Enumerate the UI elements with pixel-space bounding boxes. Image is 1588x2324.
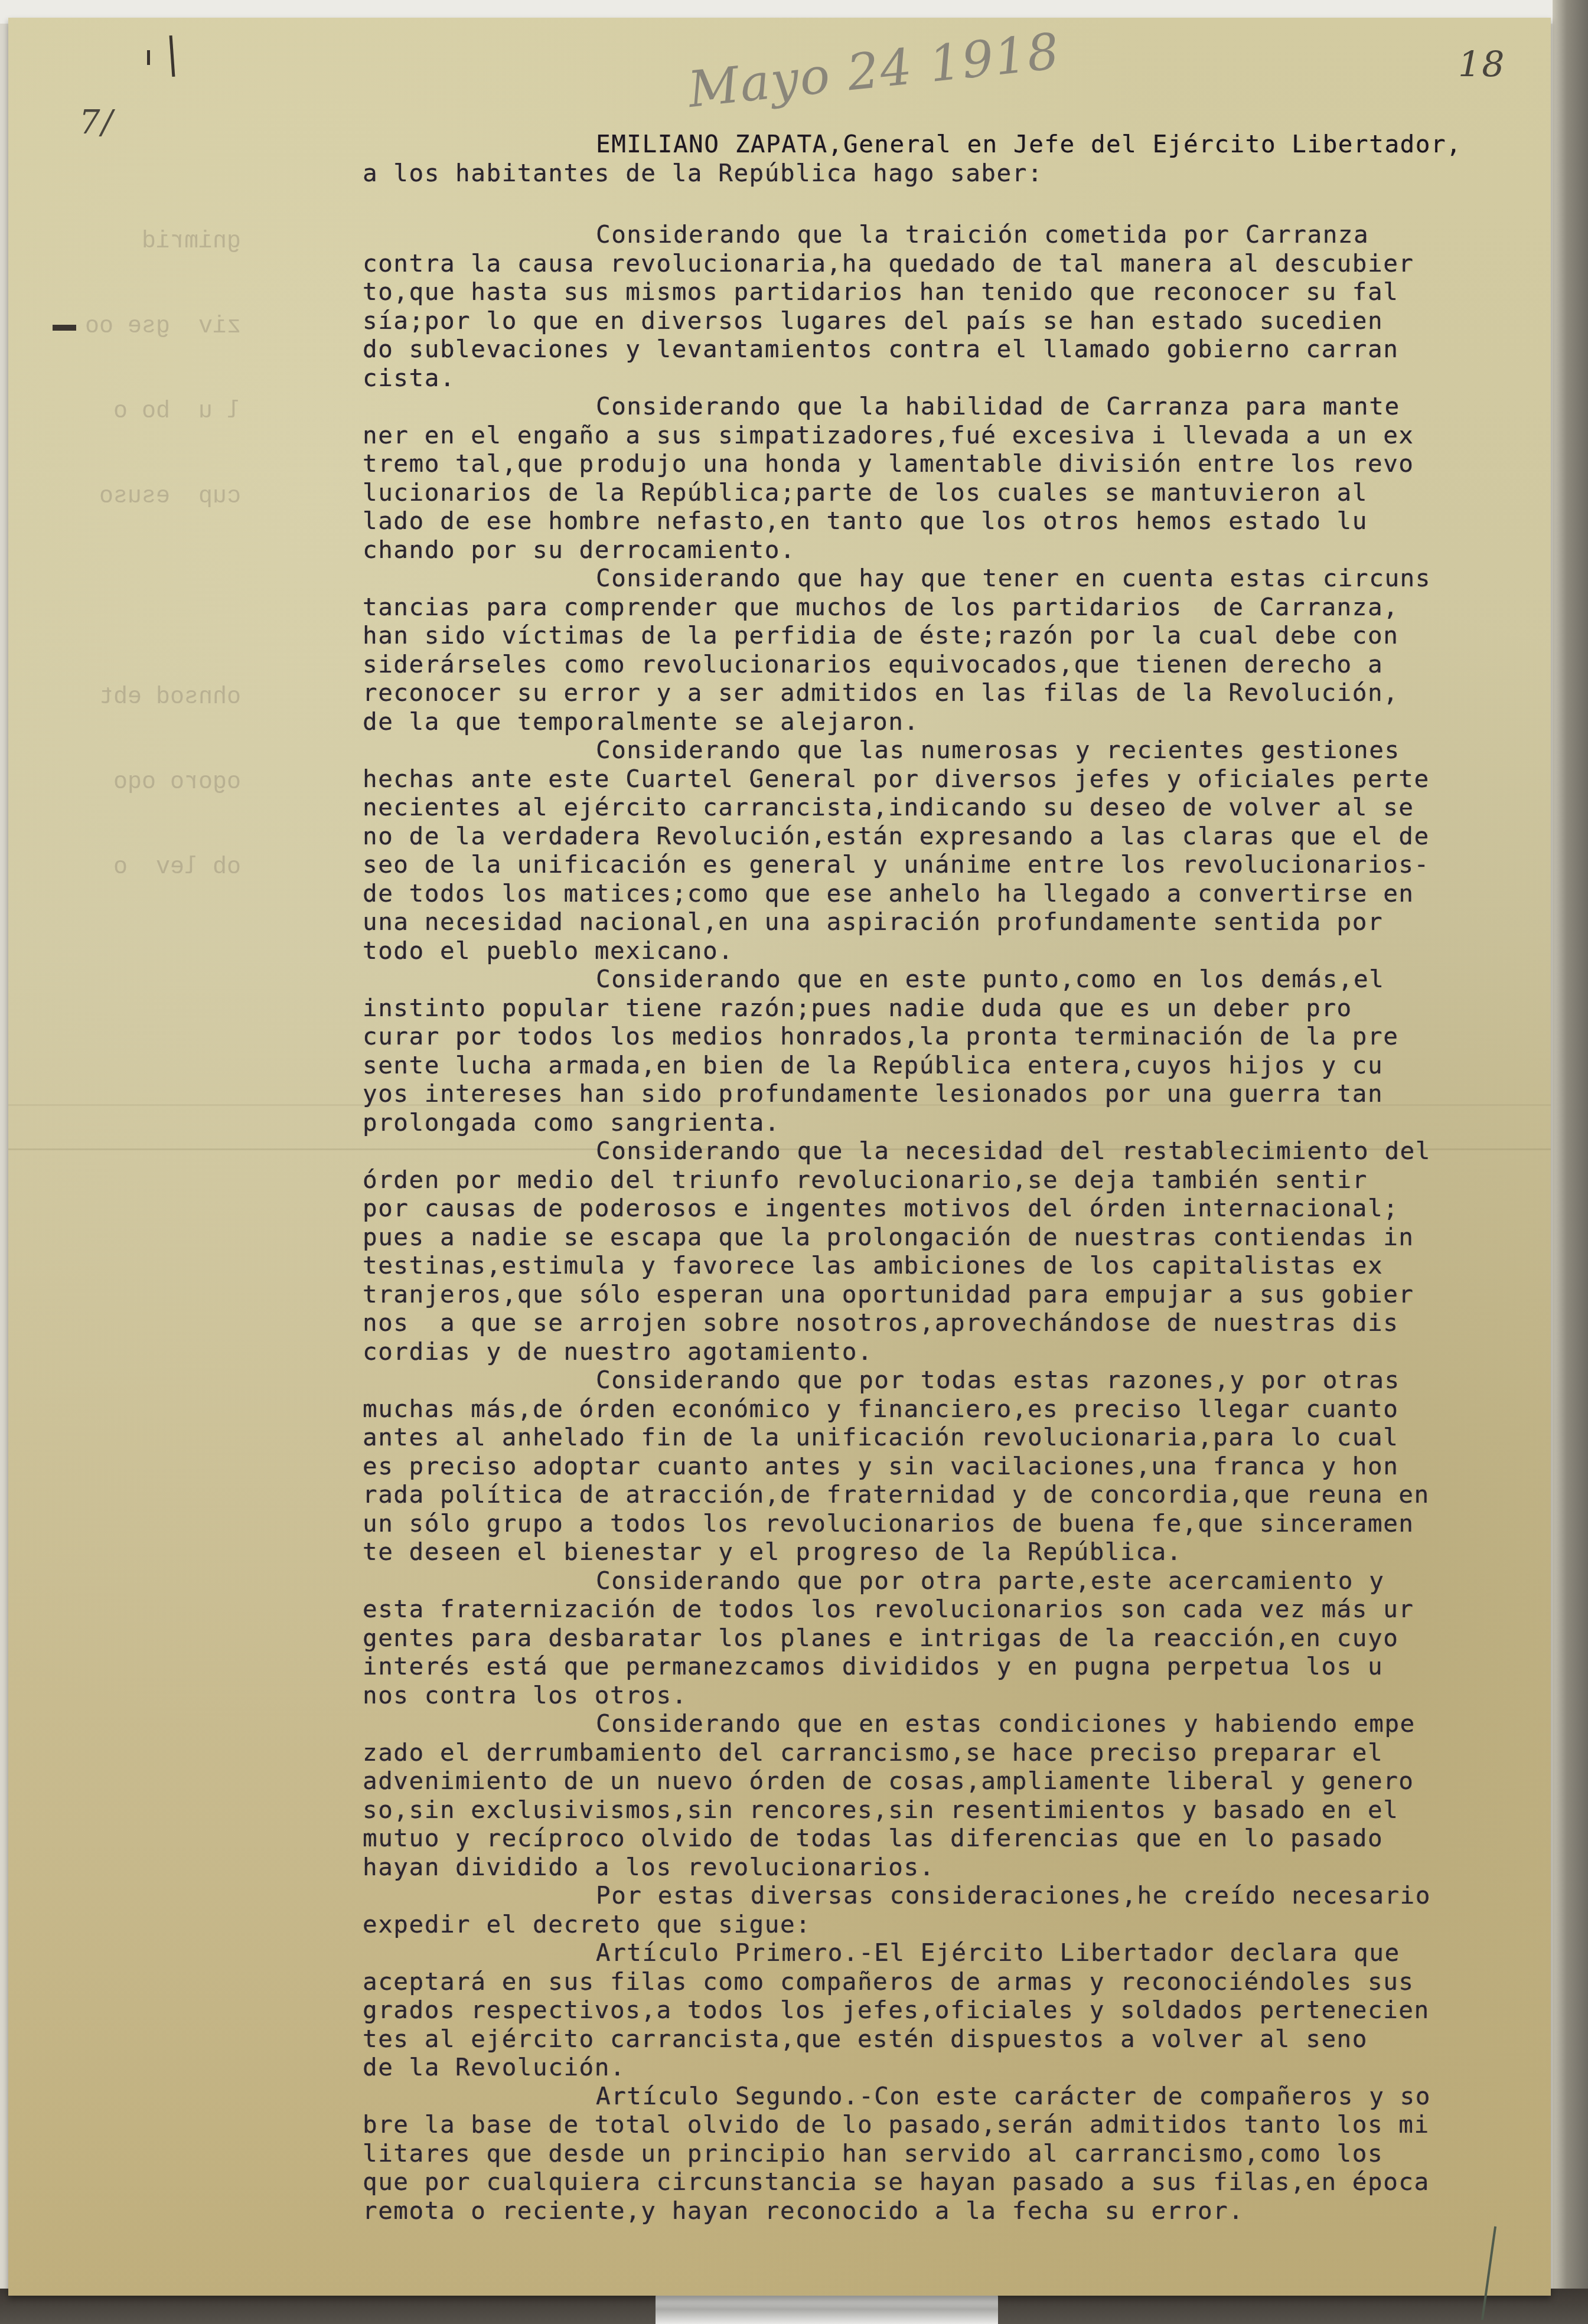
paragraph-first-line: Artículo Segundo.-Con este carácter de c…	[363, 2082, 1573, 2111]
text-line: chando por su derrocamiento.	[363, 536, 1573, 564]
heading-line-2: a los habitantes de la República hago sa…	[363, 159, 1573, 188]
text-line: todo el pueblo mexicano.	[363, 936, 1573, 965]
text-line: aceptará en sus filas como compañeros de…	[363, 1967, 1573, 1996]
text-line: cista.	[363, 364, 1573, 393]
text-line: seo de la unificación es general y unáni…	[363, 850, 1573, 879]
text-line: mutuo y recíproco olvido de todas las di…	[363, 1824, 1573, 1853]
text-line: de la Revolución.	[363, 2053, 1573, 2082]
text-line: curar por todos los medios honrados,la p…	[363, 1022, 1573, 1051]
text-line: contra la causa revolucionaria,ha quedad…	[363, 249, 1573, 278]
text-line: una necesidad nacional,en una aspiración…	[363, 908, 1573, 936]
text-line: no de la verdadera Revolución,están expr…	[363, 822, 1573, 851]
paragraph-first-line: Considerando que hay que tener en cuenta…	[363, 564, 1573, 593]
scanned-document: Mayo 24 1918 18 7/ gnimrid ziv gse oo l …	[0, 0, 1588, 2324]
typed-decree-body: EMILIANO ZAPATA,General en Jefe del Ejér…	[363, 130, 1573, 2225]
text-line: rada política de atracción,de fraternida…	[363, 1480, 1573, 1509]
text-line: hayan dividido a los revolucionarios.	[363, 1853, 1573, 1882]
text-line: lucionarios de la República;parte de los…	[363, 478, 1573, 507]
text-line: siderárseles como revolucionarios equivo…	[363, 650, 1573, 679]
bleed-line: ogoro oqo	[85, 769, 241, 797]
text-line: de todos los matices;como que ese anhelo…	[363, 879, 1573, 908]
text-line: muchas más,de órden económico y financie…	[363, 1395, 1573, 1424]
text-line: do sublevaciones y levantamientos contra…	[363, 335, 1573, 364]
text-line: necientes al ejército carrancista,indica…	[363, 793, 1573, 822]
handwritten-page-number: 18	[1458, 44, 1505, 86]
text-line: tremo tal,que produjo una honda y lament…	[363, 449, 1573, 478]
text-line: nos a que se arrojen sobre nosotros,apro…	[363, 1308, 1573, 1337]
paragraph-first-line: Considerando que en estas condiciones y …	[363, 1709, 1573, 1738]
text-line: sía;por lo que en diversos lugares del p…	[363, 306, 1573, 335]
bleed-line: gnimrid	[85, 228, 241, 256]
text-line: expedir el decreto que sigue:	[363, 1910, 1573, 1939]
handwritten-date: Mayo 24 1918	[686, 22, 1063, 119]
paragraph-first-line: Considerando que la traición cometida po…	[363, 220, 1573, 249]
text-line: tranjeros,que sólo esperan una oportunid…	[363, 1280, 1573, 1309]
margin-ink-mark	[53, 325, 76, 331]
decree-paragraphs: Considerando que la traición cometida po…	[363, 220, 1573, 2225]
bleed-line: ob lev o	[85, 854, 241, 882]
text-line: un sólo grupo a todos los revolucionario…	[363, 1509, 1573, 1538]
text-line: te deseen el bienestar y el progreso de …	[363, 1538, 1573, 1566]
text-line: ner en el engaño a sus simpatizadores,fu…	[363, 421, 1573, 450]
paper-sheet: Mayo 24 1918 18 7/ gnimrid ziv gse oo l …	[8, 18, 1551, 2296]
text-line: remota o reciente,y hayan reconocido a l…	[363, 2196, 1573, 2225]
paragraph-first-line: Por estas diversas consideraciones,he cr…	[363, 1881, 1573, 1910]
heading-line-1: EMILIANO ZAPATA,General en Jefe del Ejér…	[363, 130, 1573, 159]
text-line: de la que temporalmente se alejaron.	[363, 707, 1573, 736]
bleed-through-text: gnimrid ziv gse oo l u bo o cup esuso oh…	[85, 171, 241, 939]
text-line: es preciso adoptar cuanto antes y sin va…	[363, 1452, 1573, 1481]
text-line: to,que hasta sus mismos partidarios han …	[363, 278, 1573, 306]
margin-ink-mark	[169, 35, 175, 77]
text-line: prolongada como sangrienta.	[363, 1108, 1573, 1137]
text-line: gentes para desbaratar los planes e intr…	[363, 1624, 1573, 1653]
text-line: so,sin exclusivismos,sin rencores,sin re…	[363, 1796, 1573, 1824]
text-line: pues a nadie se escapa que la prolongaci…	[363, 1223, 1573, 1252]
text-line: lado de ese hombre nefasto,en tanto que …	[363, 507, 1573, 536]
text-line: interés está que permanezcamos divididos…	[363, 1652, 1573, 1681]
text-line: antes al anhelado fin de la unificación …	[363, 1423, 1573, 1452]
handwritten-folio-mark: 7/	[79, 103, 114, 142]
text-line: por causas de poderosos e ingentes motiv…	[363, 1194, 1573, 1223]
text-line: esta fraternización de todos los revoluc…	[363, 1595, 1573, 1624]
paragraph-first-line: Considerando que por todas estas razones…	[363, 1366, 1573, 1395]
paragraph-first-line: Considerando que por otra parte,este ace…	[363, 1566, 1573, 1595]
bleed-line: l u bo o	[85, 398, 241, 426]
text-line: han sido víctimas de la perfidia de éste…	[363, 621, 1573, 650]
text-line: reconocer su error y a ser admitidos en …	[363, 678, 1573, 707]
paragraph-first-line: Considerando que la necesidad del restab…	[363, 1137, 1573, 1166]
bleed-line: cup esuso	[85, 483, 241, 511]
text-line: tancias para comprender que muchos de lo…	[363, 593, 1573, 622]
bleed-line: ohnsod ebt	[85, 684, 241, 712]
text-line: sente lucha armada,en bien de la Repúbli…	[363, 1051, 1573, 1080]
paragraph-first-line: Considerando que las numerosas y recient…	[363, 736, 1573, 765]
text-line: grados respectivos,a todos los jefes,ofi…	[363, 1996, 1573, 2025]
text-line: hechas ante este Cuartel General por div…	[363, 765, 1573, 794]
text-line: testinas,estimula y favorece las ambicio…	[363, 1251, 1573, 1280]
text-line: yos intereses han sido profundamente les…	[363, 1079, 1573, 1108]
paragraph-first-line: Considerando que la habilidad de Carranz…	[363, 392, 1573, 421]
text-line: nos contra los otros.	[363, 1681, 1573, 1710]
bleed-line: ziv gse oo	[85, 313, 241, 341]
text-line: tes al ejército carrancista,que estén di…	[363, 2025, 1573, 2054]
margin-ink-mark	[147, 50, 150, 65]
text-line: cordias y de nuestro agotamiento.	[363, 1337, 1573, 1366]
paragraph-first-line: Artículo Primero.-El Ejército Libertador…	[363, 1938, 1573, 1967]
text-line: advenimiento de un nuevo órden de cosas,…	[363, 1767, 1573, 1796]
paper-clip	[656, 2294, 998, 2324]
text-line: órden por medio del triunfo revolucionar…	[363, 1166, 1573, 1194]
text-line: zado el derrumbamiento del carrancismo,s…	[363, 1738, 1573, 1767]
text-line: bre la base de total olvido de lo pasado…	[363, 2110, 1573, 2139]
paragraph-first-line: Considerando que en este punto,como en l…	[363, 965, 1573, 994]
text-line: litares que desde un principio han servi…	[363, 2139, 1573, 2168]
text-line: que por cualquiera circunstancia se haya…	[363, 2168, 1573, 2196]
text-line: instinto popular tiene razón;pues nadie …	[363, 994, 1573, 1023]
